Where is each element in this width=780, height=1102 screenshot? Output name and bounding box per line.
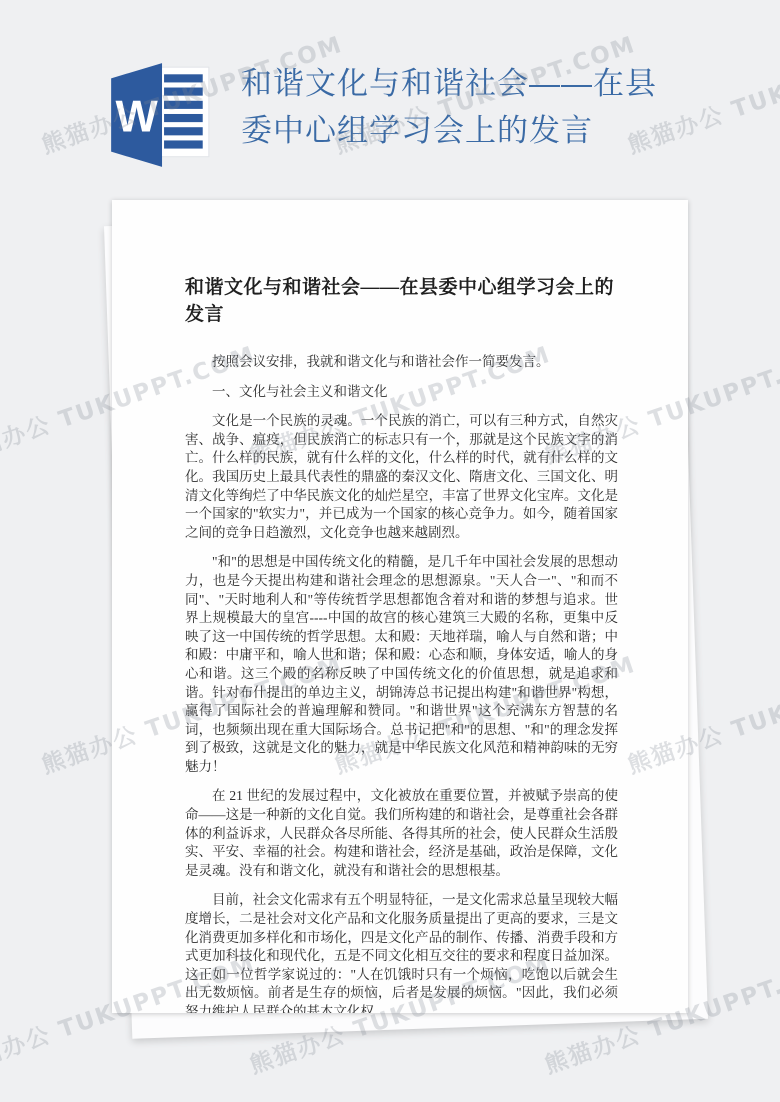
page-title: 和谐文化与和谐社会——在县 委中心组学习会上的发言 [241, 60, 741, 154]
document-body: 按照会议安排，我就和谐文化与和谐社会作一简要发言。一、文化与社会主义和谐文化文化… [185, 353, 618, 1013]
page-title-line2: 委中心组学习会上的发言 [241, 107, 741, 154]
paragraph: 一、文化与社会主义和谐文化 [185, 383, 618, 402]
document-title-line1: 和谐文化与和谐社会——在县委中心组学习会上的 [185, 274, 618, 301]
word-icon: W [103, 57, 219, 173]
paragraph: 在 21 世纪的发展过程中，文化被放在重要位置，并被赋予崇高的使命——这是一种新… [185, 787, 618, 880]
paragraph: "和"的思想是中国传统文化的精髓，是几千年中国社会发展的思想动力，也是今天提出构… [185, 553, 618, 776]
page-stack: 和谐文化与和谐社会——在县委中心组学习会上的 发言 按照会议安排，我就和谐文化与… [112, 200, 688, 1013]
paragraph: 文化是一个民族的灵魂。一个民族的消亡，可以有三种方式，自然灾害、战争、瘟疫，但民… [185, 412, 618, 542]
document-title-line2: 发言 [185, 301, 618, 328]
paragraph: 目前，社会文化需求有五个明显特征，一是文化需求总量呈现较大幅度增长，二是社会对文… [185, 891, 618, 1013]
document-page: 和谐文化与和谐社会——在县委中心组学习会上的 发言 按照会议安排，我就和谐文化与… [112, 200, 688, 1013]
paragraph: 按照会议安排，我就和谐文化与和谐社会作一简要发言。 [185, 353, 618, 372]
page-title-line1: 和谐文化与和谐社会——在县 [241, 60, 741, 107]
document-title: 和谐文化与和谐社会——在县委中心组学习会上的 发言 [185, 274, 618, 328]
preview-header: W 和谐文化与和谐社会——在县 委中心组学习会上的发言 [0, 0, 780, 190]
word-icon-letter: W [115, 91, 158, 141]
